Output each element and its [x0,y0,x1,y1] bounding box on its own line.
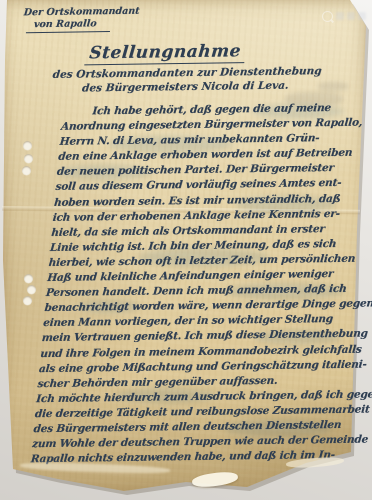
watermark [322,6,368,26]
watermark-text-blur [358,12,366,20]
handwriting-layer: Der Ortskommandant von Rapallo Stellungn… [0,0,372,500]
subtitle-block: des Ortskommandanten zur Dienstenthebung… [52,65,317,96]
sender-line-2: von Rapallo [33,18,140,31]
magnifier-watermark-icon [322,11,333,22]
body-text: Ich habe gehört, daß gegen die auf meine… [30,100,365,467]
punch-hole [24,154,33,163]
watermark-text-blur [347,12,355,20]
sender-underline [26,31,110,33]
punch-hole [23,296,32,305]
document-photo: Der Ortskommandant von Rapallo Stellungn… [0,0,372,500]
sender-block: Der Ortskommandant von Rapallo [24,6,140,34]
title-block: Stellungnahme [85,42,215,66]
document-title: Stellungnahme [84,41,246,65]
punch-hole [27,285,36,294]
punch-hole [24,274,33,283]
watermark-text-blur [336,12,344,20]
punch-hole [22,166,31,175]
punch-hole [23,141,32,150]
